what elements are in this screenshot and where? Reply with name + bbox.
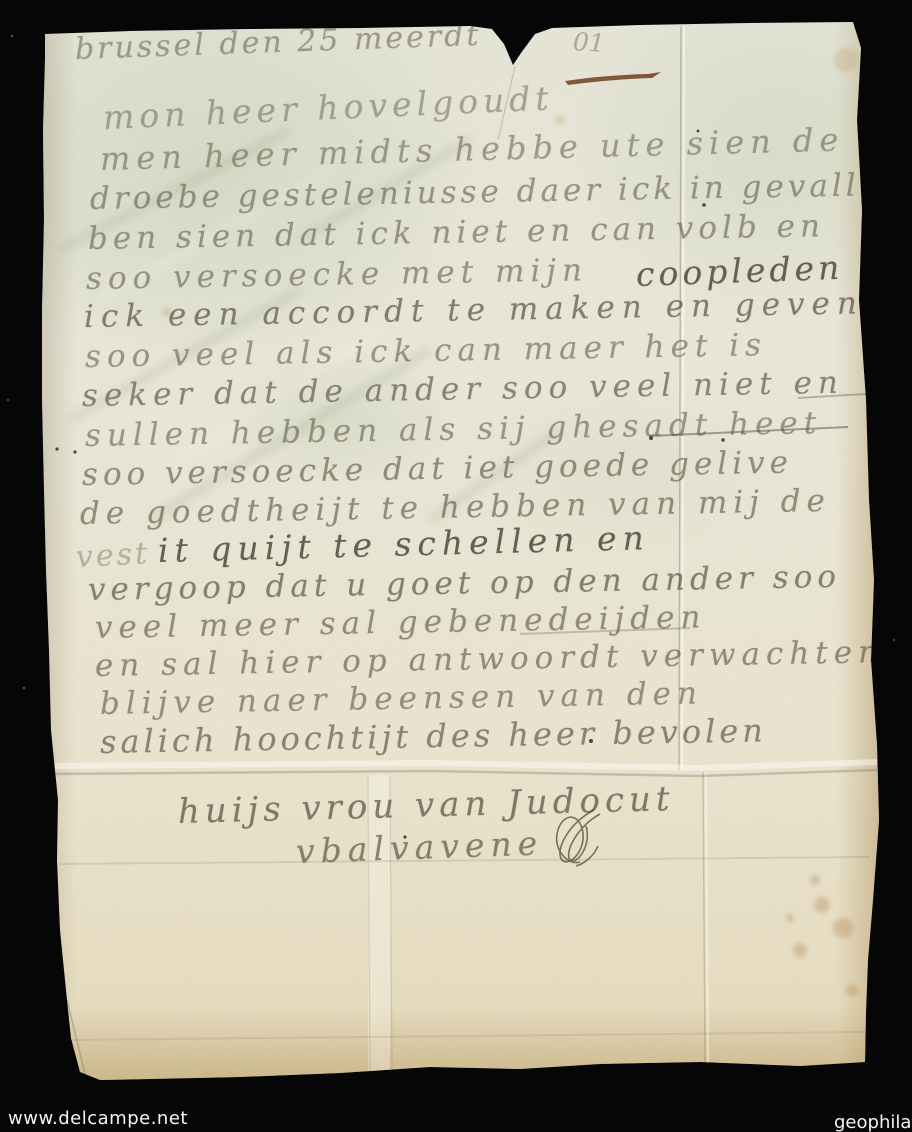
handwritten-line: vest [75, 536, 151, 575]
handwritten-line: ben sien dat ick niet en can volb en [88, 208, 826, 257]
handwritten-line: soo versoecke met mijn [86, 252, 589, 297]
watermark-site: www.delcampe.net [8, 1108, 188, 1129]
watermark-seller: geophila [834, 1112, 911, 1132]
signature-line: vbalvavene [295, 823, 543, 871]
handwriting-layer: 01 brussel den 25 meerdt mon heer hovelg… [0, 0, 912, 1132]
page-number-annotation: 01 [572, 27, 605, 58]
handwritten-line: mon heer hovelgoudt [102, 78, 554, 137]
scan-background: 01 brussel den 25 meerdt mon heer hovelg… [0, 0, 912, 1132]
signature-flourish [548, 806, 614, 870]
